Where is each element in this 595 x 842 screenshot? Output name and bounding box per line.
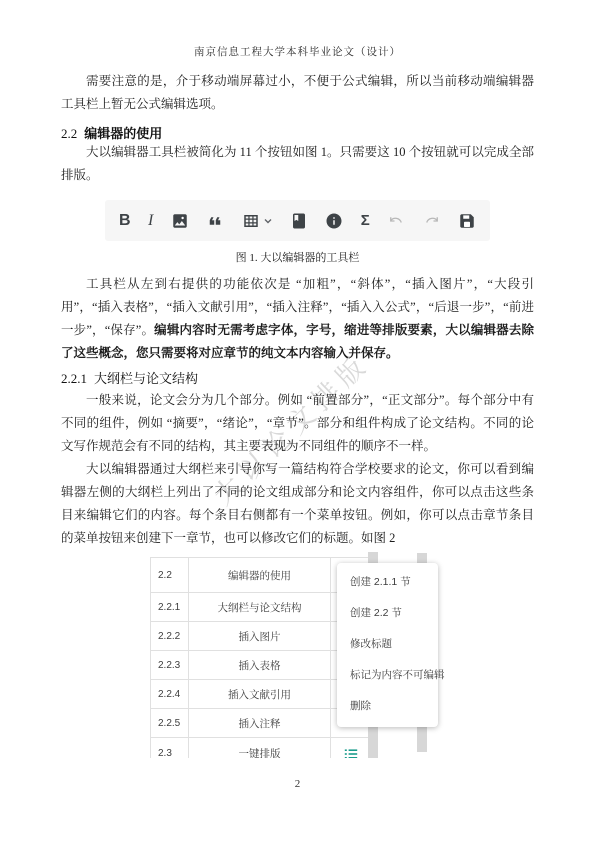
- undo-icon[interactable]: [387, 209, 405, 233]
- citation-book-icon[interactable]: [290, 209, 308, 233]
- outline-row-number: 2.2: [151, 558, 189, 592]
- menu-item-rename-title[interactable]: 修改标题: [337, 629, 438, 660]
- paragraph-5: 大以编辑器通过大纲栏来引导你写一篇结构符合学校要求的论文，你可以看到编辑器左侧的…: [61, 458, 534, 550]
- outline-row[interactable]: 2.3 一键排版: [151, 738, 370, 758]
- menu-item-create-section[interactable]: 创建 2.2 节: [337, 598, 438, 629]
- outline-row-title: 插入文献引用: [189, 680, 331, 708]
- heading-2-2-number: 2.2: [61, 126, 77, 141]
- heading-2-2-1-number: 2.2.1: [61, 371, 87, 386]
- chevron-down-icon[interactable]: [263, 209, 273, 233]
- outline-row-number: 2.2.5: [151, 709, 189, 737]
- page-number: 2: [0, 778, 595, 790]
- outline-row-title: 一键排版: [189, 738, 331, 758]
- menu-item-create-subsection[interactable]: 创建 2.1.1 节: [337, 567, 438, 598]
- outline-row-action: [331, 738, 370, 758]
- menu-item-mark-uneditable[interactable]: 标记为内容不可编辑: [337, 660, 438, 691]
- outline-row-title: 插入表格: [189, 651, 331, 679]
- paragraph-3: 工具栏从左到右提供的功能依次是 “加粗”，“斜体”，“插入图片”，“大段引用”，…: [61, 273, 534, 365]
- paragraph-1: 需要注意的是，介于移动端屏幕过小，不便于公式编辑，所以当前移动端编辑器工具栏上暂…: [61, 70, 534, 116]
- thesis-page: 大以论文排版 南京信息工程大学本科毕业论文（设计） 需要注意的是，介于移动端屏幕…: [0, 0, 595, 842]
- outline-row-title: 插入注释: [189, 709, 331, 737]
- outline-row-number: 2.2.4: [151, 680, 189, 708]
- footnote-info-icon[interactable]: [325, 209, 343, 233]
- running-header: 南京信息工程大学本科毕业论文（设计）: [0, 44, 595, 59]
- redo-icon[interactable]: [423, 209, 441, 233]
- figure1-editor-toolbar: B I Σ: [105, 200, 490, 241]
- italic-icon[interactable]: I: [148, 209, 153, 233]
- insert-table-icon[interactable]: [242, 209, 260, 233]
- outline-row-number: 2.2.2: [151, 622, 189, 650]
- outline-row-title: 编辑器的使用: [189, 558, 331, 592]
- outline-row-number: 2.3: [151, 738, 189, 758]
- insert-table-group[interactable]: [242, 209, 273, 233]
- figure2-context-menu: 创建 2.1.1 节 创建 2.2 节 修改标题 标记为内容不可编辑 删除: [337, 563, 438, 727]
- outline-row-title: 插入图片: [189, 622, 331, 650]
- menu-item-delete[interactable]: 删除: [337, 691, 438, 722]
- list-menu-icon[interactable]: [344, 748, 358, 759]
- save-icon[interactable]: [458, 209, 476, 233]
- bold-icon[interactable]: B: [119, 209, 131, 233]
- paragraph-2: 大以编辑器工具栏被简化为 11 个按钮如图 1。只需要这 10 个按钮就可以完成…: [61, 141, 534, 187]
- outline-row-number: 2.2.1: [151, 593, 189, 621]
- heading-2-2-1-title: 大纲栏与论文结构: [94, 371, 198, 386]
- paragraph-4: 一般来说，论文会分为几个部分。例如 “前置部分”，“正文部分”。每个部分中有不同…: [61, 389, 534, 458]
- outline-row-number: 2.2.3: [151, 651, 189, 679]
- formula-sigma-icon[interactable]: Σ: [361, 209, 370, 233]
- insert-image-icon[interactable]: [171, 209, 189, 233]
- figure1-caption: 图 1. 大以编辑器的工具栏: [0, 249, 595, 265]
- heading-2-2-title: 编辑器的使用: [84, 126, 162, 141]
- outline-row-title: 大纲栏与论文结构: [189, 593, 331, 621]
- heading-2-2-1: 2.2.1大纲栏与论文结构: [61, 367, 534, 390]
- blockquote-icon[interactable]: [206, 209, 224, 233]
